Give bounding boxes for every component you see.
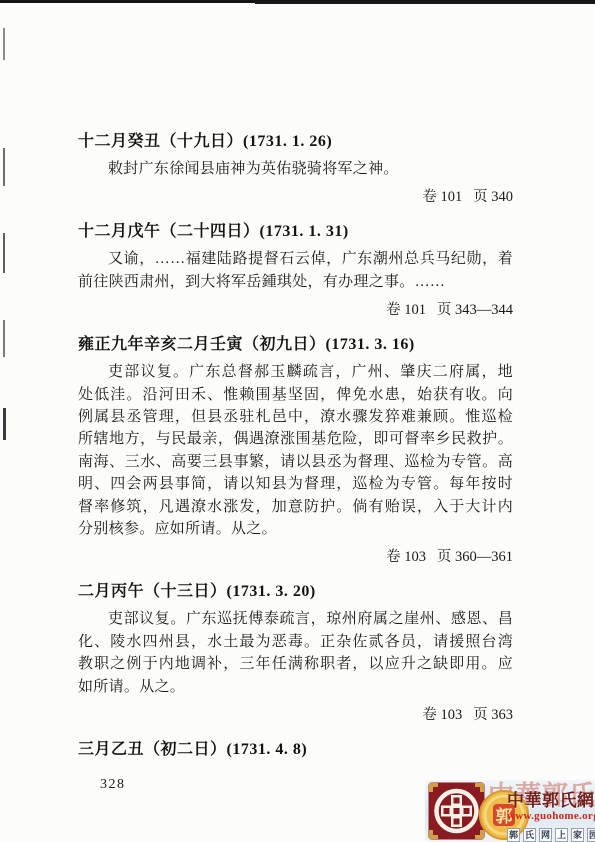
entry-body: 敕封广东徐闻县庙神为英佑骁骑将军之神。 — [78, 158, 513, 180]
scan-artifact-left-mark — [3, 28, 5, 60]
entry-date-heading: 三月乙丑（初二日）(1731. 4. 8) — [78, 741, 513, 759]
entries-container: 十二月癸丑（十九日）(1731. 1. 26) 敕封广东徐闻县庙神为英佑骁骑将军… — [78, 133, 513, 759]
watermark-site-name: 中華郭氏網 — [507, 792, 595, 810]
scan-artifact-left-mark — [3, 408, 6, 440]
tagline-character-box: 郭 — [507, 828, 520, 842]
entry-body: 吏部议复。广东巡抚傅泰疏言，琼州府属之崖州、感恩、昌化、陵水四州县，水土最为恶毒… — [78, 608, 513, 698]
scan-artifact-top-edge — [0, 0, 595, 3]
body-line: 分别核参。应如所请。从之。 — [78, 518, 513, 540]
body-line: 南海、三水、高要三县事繁，请以县丞为督理、巡检为专管。高 — [78, 451, 513, 473]
entry-body: 又谕，……福建陆路提督石云倬，广东潮州总兵马纪勋，着前往陕西肃州，到大将军岳鍾琪… — [78, 248, 513, 293]
watermark-url: www.guohome.org — [507, 810, 595, 823]
body-line: 所辖地方，与民最亲，偶遇潦涨围基危险，即可督率乡民救护。 — [78, 428, 513, 450]
volume-page-reference: 卷 103 页 363 — [78, 708, 513, 723]
tagline-character-box: 网 — [539, 828, 552, 842]
scan-artifact-left-mark — [3, 320, 5, 357]
body-line: 督率修筑，凡遇潦水涨发，加意防护。倘有贻误，入于大计内 — [78, 496, 513, 518]
volume-page-reference: 卷 101 页 340 — [78, 190, 513, 205]
body-line: 吏部议复。广东总督郝玉麟疏言，广州、肇庆二府属，地 — [78, 361, 513, 383]
body-line: 敕封广东徐闻县庙神为英佑骁骑将军之神。 — [78, 158, 513, 180]
body-line: 例属县丞管理，但县丞驻札邑中，潦水骤发猝难兼顾。惟巡检 — [78, 406, 513, 428]
body-line: 处低洼。沿河田禾、惟赖围基坚固，俾免水患，始获有收。向 — [78, 384, 513, 406]
record-entry: 十二月戊午（二十四日）(1731. 1. 31) 又谕，……福建陆路提督石云倬，… — [78, 223, 513, 318]
volume-page-reference: 卷 103 页 360—361 — [78, 550, 513, 565]
tagline-character-box: 家 — [571, 828, 584, 842]
entry-date-heading: 雍正九年辛亥二月壬寅（初九日）(1731. 3. 16) — [78, 336, 513, 354]
watermark-text-block: 中華郭氏網 www.guohome.org 郭氏网上家园 — [507, 792, 595, 842]
document-content: 十二月癸丑（十九日）(1731. 1. 26) 敕封广东徐闻县庙神为英佑骁骑将军… — [78, 133, 513, 793]
entry-date-heading: 二月丙午（十三日）(1731. 3. 20) — [78, 583, 513, 601]
scan-artifact-left-mark — [3, 148, 5, 186]
body-line: 教职之例于内地调补，三年任满称职者，以应升之缺即用。应 — [78, 653, 513, 675]
record-entry: 三月乙丑（初二日）(1731. 4. 8) — [78, 741, 513, 759]
body-line: 如所请。从之。 — [78, 676, 513, 698]
record-entry: 雍正九年辛亥二月壬寅（初九日）(1731. 3. 16) 吏部议复。广东总督郝玉… — [78, 336, 513, 565]
entry-date-heading: 十二月癸丑（十九日）(1731. 1. 26) — [78, 133, 513, 151]
entry-body: 吏部议复。广东总督郝玉麟疏言，广州、肇庆二府属，地处低洼。沿河田禾、惟赖围基坚固… — [78, 361, 513, 540]
tagline-character-box: 园 — [587, 828, 595, 842]
body-line: 明、四会两县事简，请以知县为督理，巡检为专管。每年按时 — [78, 473, 513, 495]
watermark-tagline: 郭氏网上家园 — [507, 825, 595, 842]
body-line: 吏部议复。广东巡抚傅泰疏言，琼州府属之崖州、感恩、昌 — [78, 608, 513, 630]
entry-date-heading: 十二月戊午（二十四日）(1731. 1. 31) — [78, 223, 513, 241]
watermark: 中華郭氏網 — [425, 780, 595, 842]
body-line: 前往陕西肃州，到大将军岳鍾琪处，有办理之事。…… — [78, 271, 513, 293]
volume-page-reference: 卷 101 页 343—344 — [78, 303, 513, 318]
record-entry: 十二月癸丑（十九日）(1731. 1. 26) 敕封广东徐闻县庙神为英佑骁骑将军… — [78, 133, 513, 205]
tagline-character-box: 上 — [555, 828, 568, 842]
body-line: 化、陵水四州县，水土最为恶毒。正杂佐贰各员，请援照台湾 — [78, 631, 513, 653]
tagline-character-box: 氏 — [523, 828, 536, 842]
body-line: 又谕，……福建陆路提督石云倬，广东潮州总兵马纪勋，着 — [78, 248, 513, 270]
scan-artifact-left-mark — [3, 233, 5, 273]
record-entry: 二月丙午（十三日）(1731. 3. 20) 吏部议复。广东巡抚傅泰疏言，琼州府… — [78, 583, 513, 723]
square-seal-icon — [428, 782, 485, 842]
scanned-book-page: 十二月癸丑（十九日）(1731. 1. 26) 敕封广东徐闻县庙神为英佑骁骑将军… — [0, 0, 595, 842]
